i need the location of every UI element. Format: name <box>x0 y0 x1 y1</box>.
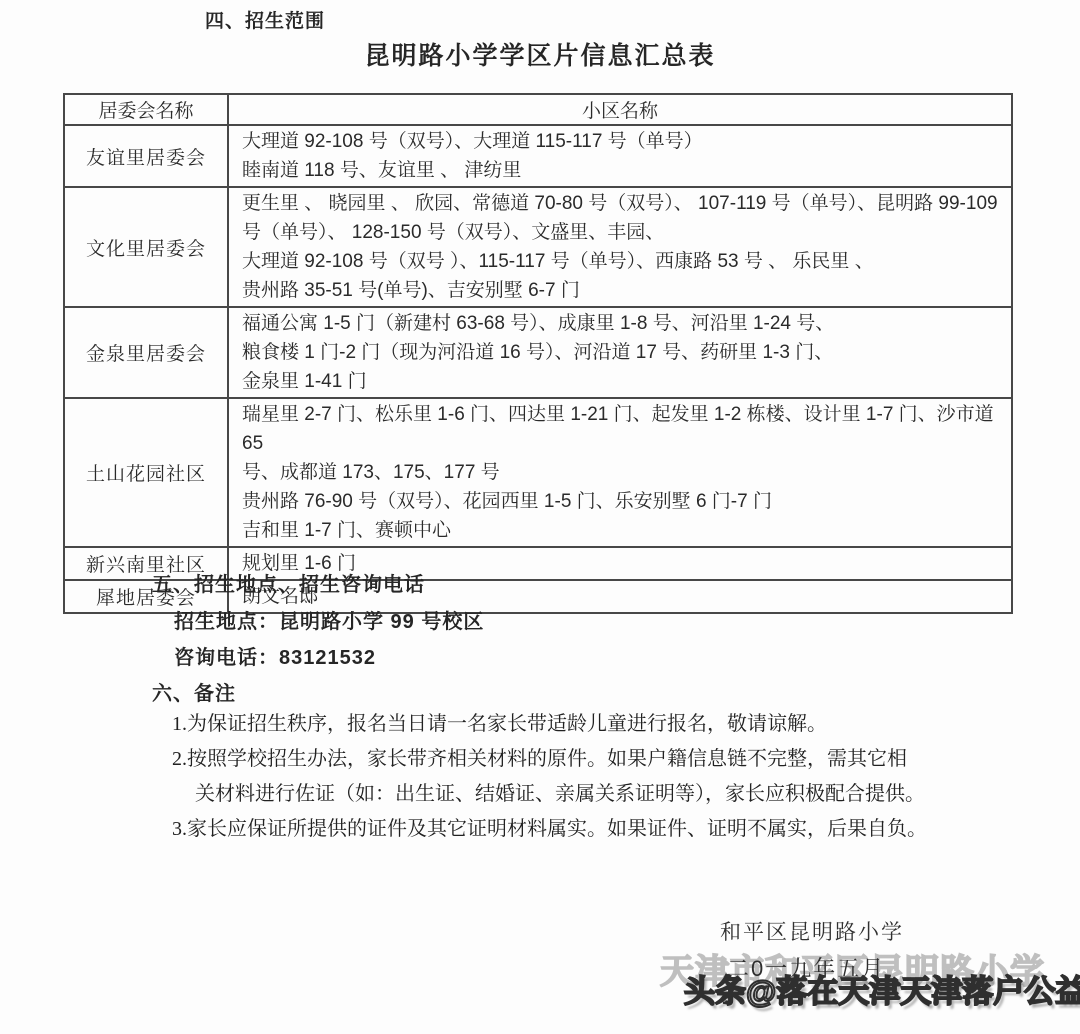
section4-heading: 四、招生范围 <box>205 6 325 33</box>
page-title: 昆明路小学学区片信息汇总表 <box>0 36 1080 72</box>
notes-list: 1.为保证招生秩序，报名当日请一名家长带适龄儿童进行报名，敬请谅解。 2.按照学… <box>172 707 950 847</box>
table-row: 友谊里居委会 大理道 92-108 号（双号）、大理道 115-117 号（单号… <box>64 125 1012 187</box>
note-item: 3.家长应保证所提供的证件及其它证明材料属实。如果证件、证明不属实，后果自负。 <box>172 812 950 847</box>
committee-cell: 金泉里居委会 <box>64 307 228 398</box>
district-table: 居委会名称 小区名称 友谊里居委会 大理道 92-108 号（双号）、大理道 1… <box>63 93 1013 614</box>
committee-cell: 友谊里居委会 <box>64 125 228 187</box>
community-cell: 更生里 、 晓园里 、 欣园、常德道 70-80 号（双号）、 107-119 … <box>228 187 1012 307</box>
column-header-committee: 居委会名称 <box>64 94 228 125</box>
section6-heading: 六、备注 <box>152 677 236 706</box>
section5-heading: 五、招生地点、招生咨询电话 <box>152 568 425 597</box>
column-header-community: 小区名称 <box>228 94 1012 125</box>
note-item: 2.按照学校招生办法，家长带齐相关材料的原件。如果户籍信息链不完整，需其它相 关… <box>172 742 950 812</box>
committee-cell: 文化里居委会 <box>64 187 228 307</box>
committee-cell: 土山花园社区 <box>64 398 228 547</box>
note-item: 1.为保证招生秩序，报名当日请一名家长带适龄儿童进行报名，敬请谅解。 <box>172 707 950 742</box>
community-cell: 福通公寓 1-5 门（新建村 63-68 号）、成康里 1-8 号、河沿里 1-… <box>228 307 1012 398</box>
enrollment-phone: 咨询电话：83121532 <box>174 641 376 670</box>
table-row: 土山花园社区 瑞星里 2-7 门、松乐里 1-6 门、四达里 1-21 门、起发… <box>64 398 1012 547</box>
document-page: 四、招生范围 昆明路小学学区片信息汇总表 居委会名称 小区名称 友谊里居委会 大… <box>0 0 1080 1034</box>
watermark-front-text: 头条@落在天津天津落户公益 <box>684 966 1080 1011</box>
table-header-row: 居委会名称 小区名称 <box>64 94 1012 125</box>
community-cell: 瑞星里 2-7 门、松乐里 1-6 门、四达里 1-21 门、起发里 1-2 栋… <box>228 398 1012 547</box>
table-row: 文化里居委会 更生里 、 晓园里 、 欣园、常德道 70-80 号（双号）、 1… <box>64 187 1012 307</box>
community-cell: 大理道 92-108 号（双号）、大理道 115-117 号（单号） 睦南道 1… <box>228 125 1012 187</box>
enrollment-location: 招生地点：昆明路小学 99 号校区 <box>174 605 484 634</box>
table-row: 金泉里居委会 福通公寓 1-5 门（新建村 63-68 号）、成康里 1-8 号… <box>64 307 1012 398</box>
footer-school-name: 和平区昆明路小学 <box>720 916 904 946</box>
